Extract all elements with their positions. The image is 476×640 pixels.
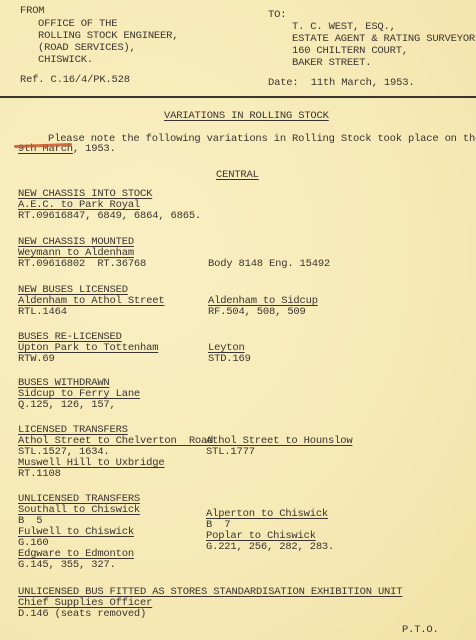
section-vehicles: RT.1108 <box>18 468 61 480</box>
typewritten-memo: FROM OFFICE OF THE ROLLING STOCK ENGINEE… <box>0 0 476 640</box>
section-vehicles: D.146 (seats removed) <box>18 608 146 620</box>
from-label: FROM <box>20 5 44 17</box>
to-line-4: BAKER STREET. <box>292 57 371 69</box>
memo-title: VARIATIONS IN ROLLING STOCK <box>164 110 329 122</box>
reference-number: Ref. C.16/4/PK.528 <box>20 74 130 86</box>
body-engine-numbers: Body 8148 Eng. 15492 <box>208 258 330 270</box>
to-line-3: 160 CHILTERN COURT, <box>292 45 408 57</box>
section-vehicles-right: G.221, 256, 282, 283. <box>206 541 334 553</box>
section-vehicles: RTL.1464 <box>18 306 67 318</box>
section-vehicles-right: STD.169 <box>208 353 251 365</box>
section-vehicles: RT.09616847, 6849, 6864, 6865. <box>18 210 201 222</box>
region-heading: CENTRAL <box>216 169 259 181</box>
section-vehicles-right: STL.1777 <box>206 446 255 458</box>
section-vehicles: RT.09616802 RT.36768 <box>18 258 146 270</box>
to-line-1: T. C. WEST, ESQ., <box>292 21 396 33</box>
from-line-4: CHISWICK. <box>38 54 93 66</box>
page-turn-note: P.T.O. <box>402 624 439 636</box>
from-line-3: (ROAD SERVICES), <box>38 42 136 54</box>
section-vehicles: G.145, 355, 327. <box>18 559 116 571</box>
memo-date: Date: 11th March, 1953. <box>268 77 414 89</box>
from-line-2: ROLLING STOCK ENGINEER, <box>38 30 178 42</box>
from-line-1: OFFICE OF THE <box>38 18 117 30</box>
intro-year: , 1953. <box>73 143 116 155</box>
to-line-2: ESTATE AGENT & RATING SURVEYOR, <box>292 33 476 45</box>
section-vehicles-right: RF.504, 508, 509 <box>208 306 306 318</box>
section-vehicles: RTW.69 <box>18 353 55 365</box>
section-vehicles: Q.125, 126, 157, <box>18 399 116 411</box>
header-divider <box>0 96 476 98</box>
to-label: TO: <box>268 9 286 21</box>
